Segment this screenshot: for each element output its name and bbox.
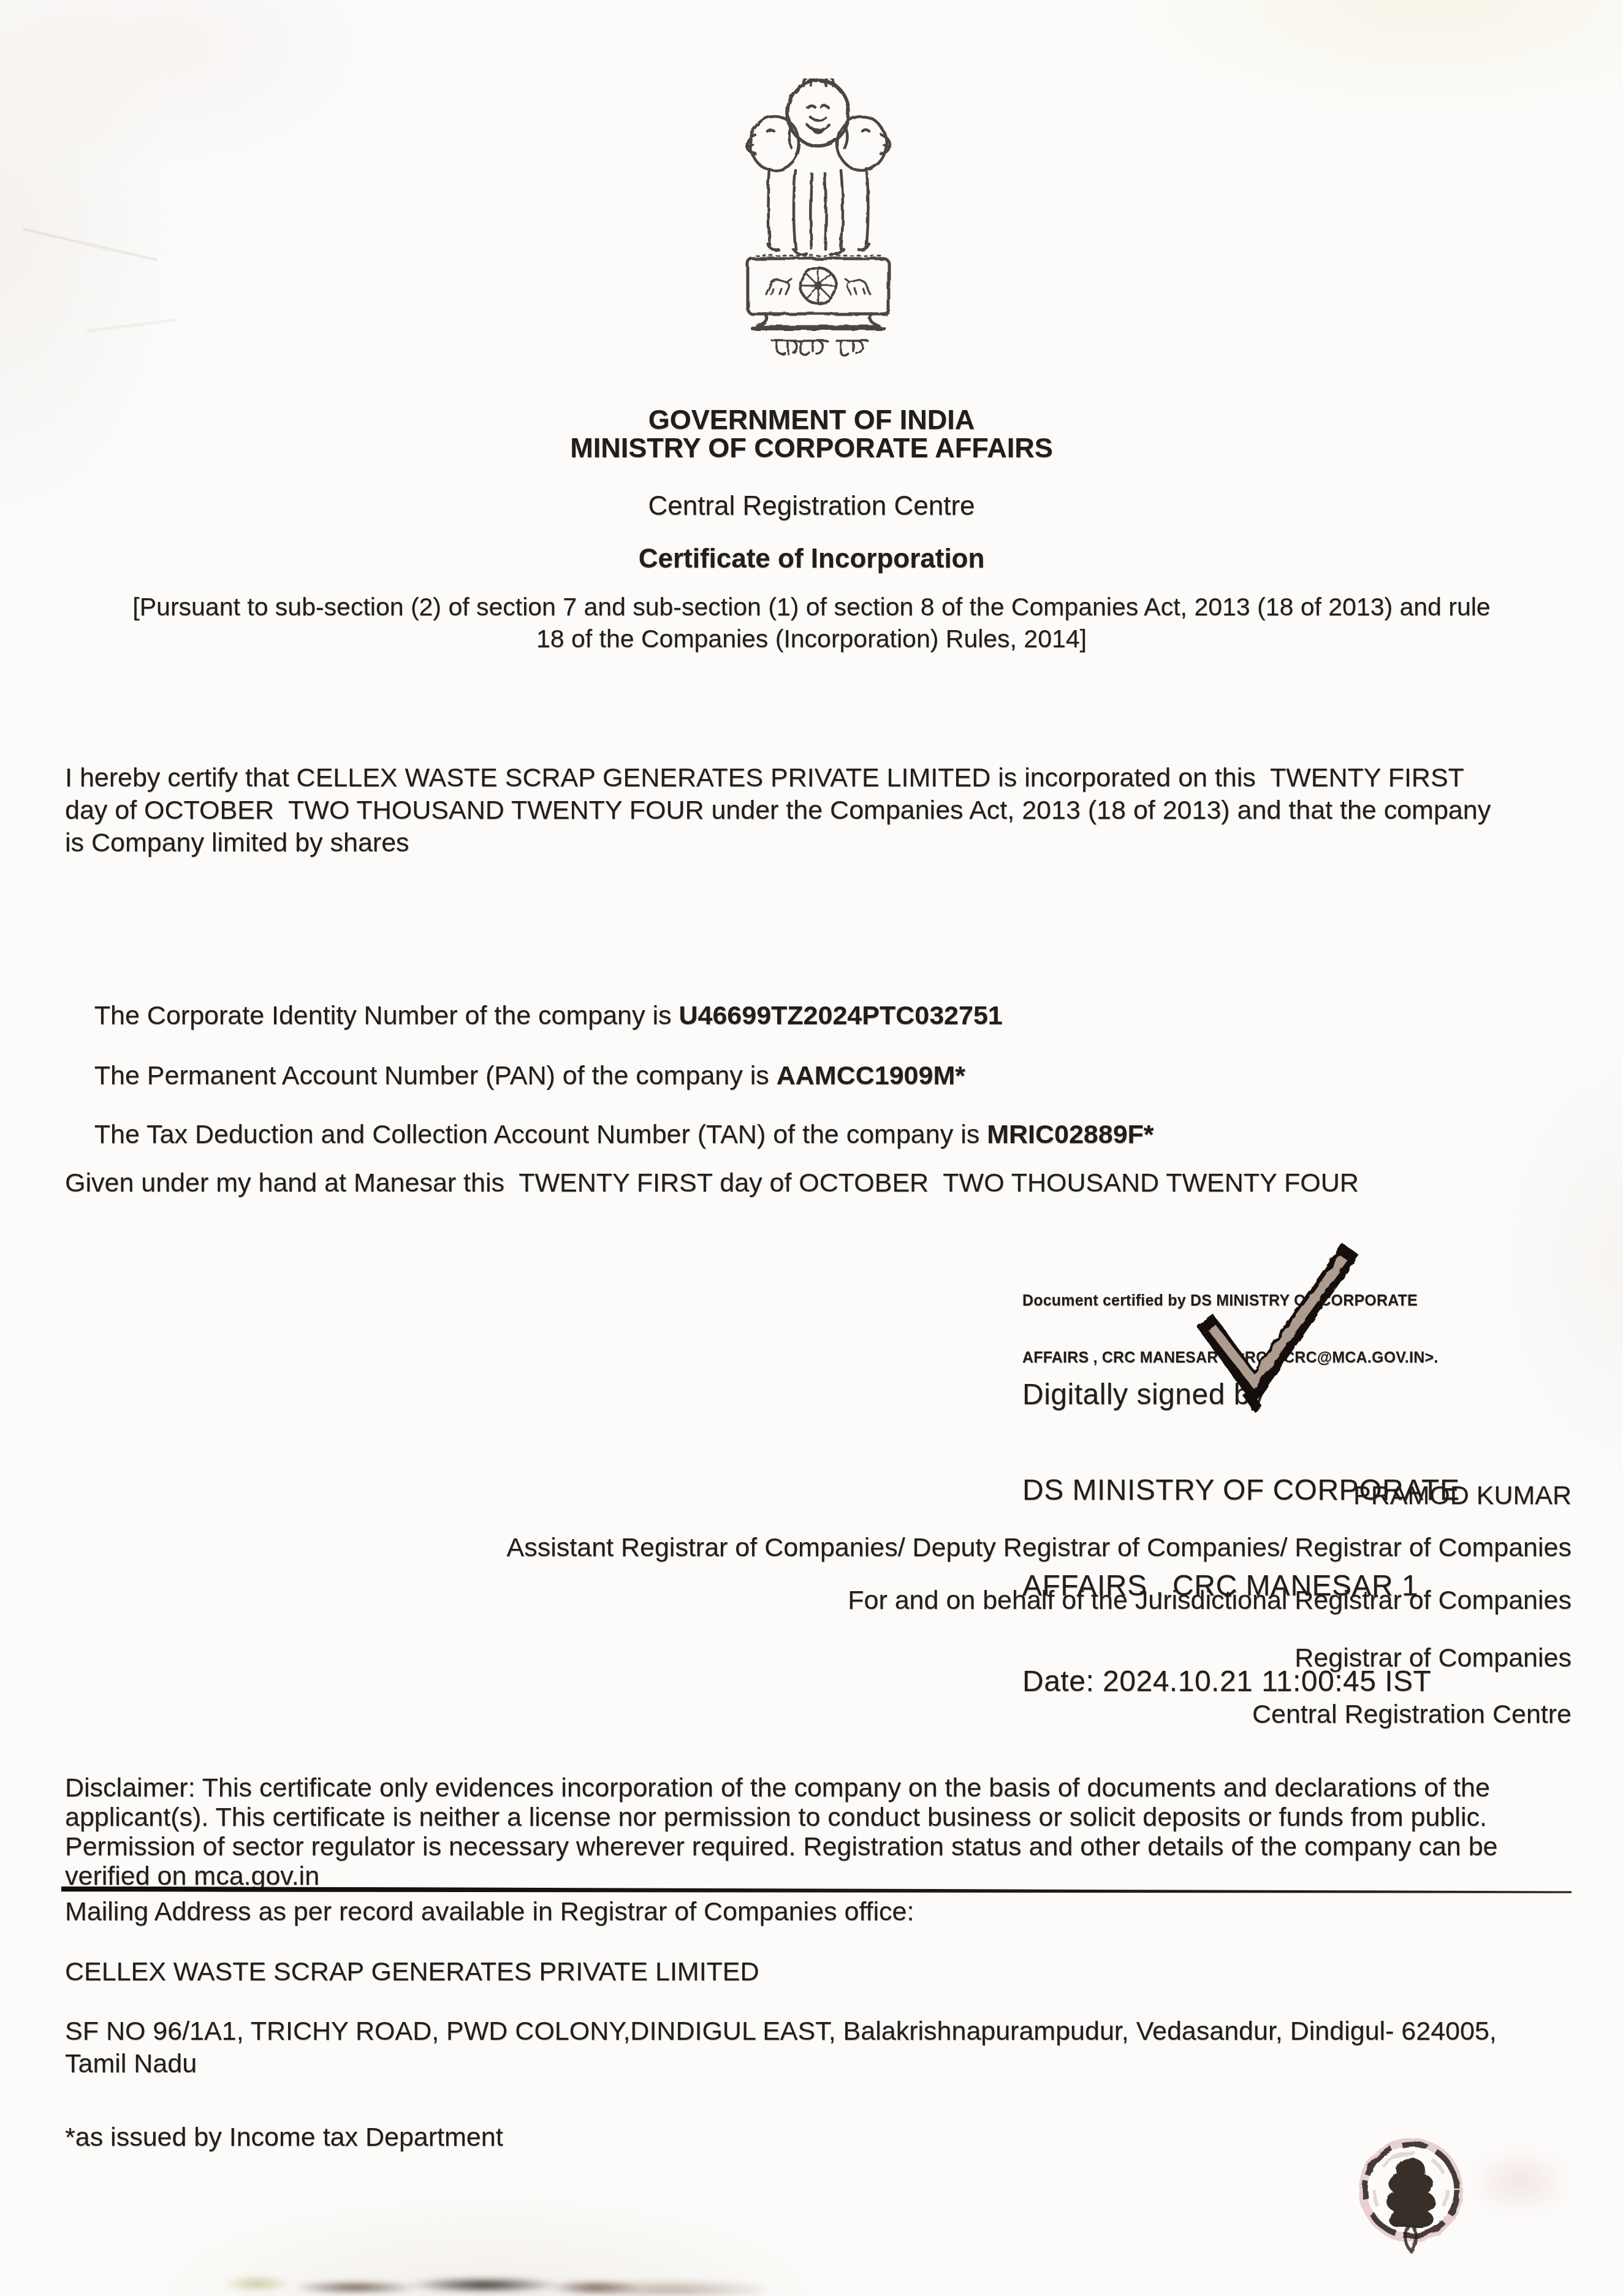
dharma-chakra-icon: [800, 268, 836, 303]
cin-label: The Corporate Identity Number of the com…: [94, 1001, 679, 1030]
certification-line: I hereby certify that CELLEX WASTE SCRAP…: [65, 762, 1573, 794]
scan-crease: [23, 229, 158, 261]
certificate-title: Certificate of Incorporation: [0, 543, 1623, 575]
pan-label: The Permanent Account Number (PAN) of th…: [94, 1061, 777, 1090]
pursuant-line: 18 of the Companies (Incorporation) Rule…: [0, 624, 1623, 653]
cin-value: U46699TZ2024PTC032751: [678, 1001, 1002, 1030]
certification-line: is Company limited by shares: [65, 827, 1573, 859]
signature-check-icon: [1188, 1242, 1366, 1426]
signatory-designation: Assistant Registrar of Companies/ Deputy…: [507, 1532, 1572, 1564]
signatory-name: PRAMOD KUMAR: [1353, 1480, 1572, 1511]
pan-value: AAMCC1909M*: [777, 1061, 965, 1090]
mailing-address: SF NO 96/1A1, TRICHY ROAD, PWD COLONY,DI…: [65, 2015, 1573, 2080]
certification-paragraph: I hereby certify that CELLEX WASTE SCRAP…: [65, 762, 1573, 859]
scan-crease: [86, 319, 177, 332]
registrar-ink-stamp-icon: [1350, 2137, 1472, 2254]
disclaimer-line: Permission of sector regulator is necess…: [65, 1832, 1573, 1861]
centre-heading: Central Registration Centre: [0, 490, 1623, 522]
pursuant-line: [Pursuant to sub-section (2) of section …: [0, 592, 1623, 622]
signatory-centre-line: Central Registration Centre: [1252, 1699, 1572, 1730]
disclaimer-paragraph: Disclaimer: This certificate only eviden…: [65, 1773, 1573, 1891]
address-line: Tamil Nadu: [65, 2048, 1573, 2080]
stamp-ink-haze: [1459, 2127, 1612, 2237]
pan-tan-footnote: *as issued by Income tax Department: [65, 2122, 503, 2153]
disclaimer-line: Disclaimer: This certificate only eviden…: [65, 1773, 1573, 1803]
ministry-heading: MINISTRY OF CORPORATE AFFAIRS: [0, 431, 1623, 464]
mailing-company-name: CELLEX WASTE SCRAP GENERATES PRIVATE LIM…: [65, 1956, 759, 1988]
disclaimer-line: verified on mca.gov.in: [65, 1861, 1573, 1891]
address-line: SF NO 96/1A1, TRICHY ROAD, PWD COLONY,DI…: [65, 2015, 1573, 2048]
disclaimer-line: applicant(s). This certificate is neithe…: [65, 1803, 1573, 1832]
tan-value: MRIC02889F*: [987, 1120, 1154, 1149]
certificate-of-incorporation-page: सत्यमेव जयते GOVERNMENT OF INDIA MINISTR…: [0, 0, 1623, 2296]
given-under-hand-line: Given under my hand at Manesar this TWEN…: [65, 1168, 1359, 1199]
state-emblem-of-india: [734, 78, 902, 360]
stamp-emblem-silhouette: [1386, 2158, 1435, 2227]
scan-smudge: [202, 2263, 766, 2296]
tan-label: The Tax Deduction and Collection Account…: [94, 1120, 987, 1149]
certification-line: day of OCTOBER TWO THOUSAND TWENTY FOUR …: [65, 794, 1573, 827]
registrar-line: Registrar of Companies: [1294, 1643, 1572, 1674]
mailing-heading: Mailing Address as per record available …: [65, 1896, 914, 1928]
on-behalf-line: For and on behalf of the Jurisdictional …: [848, 1585, 1572, 1616]
lion-capital-figures: [747, 78, 890, 329]
